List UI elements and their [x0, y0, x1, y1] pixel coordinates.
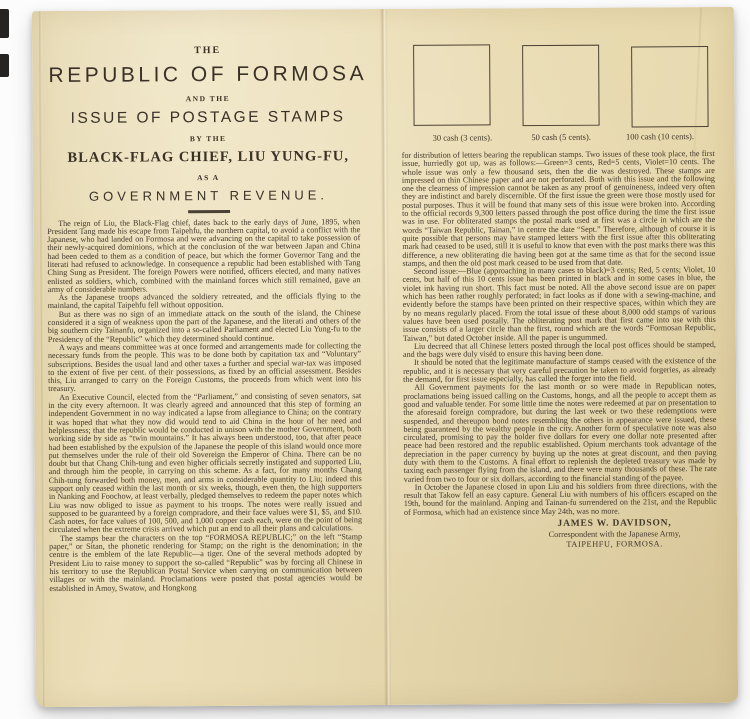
- title-the: THE: [32, 44, 383, 57]
- stamp-caption: 50 cash (5 cents).: [512, 132, 609, 143]
- stamp-box-100-cash: [631, 46, 708, 127]
- title-main: REPUBLIC OF FORMOSA: [32, 62, 383, 88]
- paragraph: for distribution of letters bearing the …: [402, 150, 716, 268]
- paragraph: In October the Japanese closed in upon L…: [404, 482, 717, 517]
- paragraph: It should be noted that the legitimate m…: [403, 357, 716, 384]
- title-chief: BLACK-FLAG CHIEF, LIU YUNG-FU,: [33, 148, 384, 167]
- title-as-a: AS A: [33, 172, 384, 183]
- left-page-text-column: The reign of Liu, the Black-Flag chief, …: [33, 218, 386, 593]
- signature-block: JAMES W. DAVIDSON, Correspondent with th…: [386, 518, 737, 550]
- title-and-the: AND THE: [32, 93, 383, 104]
- stamp-box-50-cash: [522, 45, 599, 126]
- title-issue: ISSUE OF POSTAGE STAMPS: [32, 108, 383, 128]
- paragraph: But as there was no sign of an immediate…: [48, 309, 361, 344]
- stamp-caption-row: 30 cash (3 cents). 50 cash (5 cents). 10…: [414, 131, 709, 143]
- right-page-text-column: for distribution of letters bearing the …: [384, 150, 737, 517]
- title-by-the: BY THE: [33, 133, 384, 144]
- pamphlet-spread: THE REPUBLIC OF FORMOSA AND THE ISSUE OF…: [32, 7, 738, 707]
- title-revenue: GOVERNMENT REVENUE.: [33, 187, 384, 204]
- stamp-box-30-cash: [413, 44, 490, 125]
- paragraph: Second issue:—Blue (approaching in many …: [402, 266, 715, 343]
- paragraph: A ways and means committee was at once f…: [48, 342, 361, 394]
- signature-place: TAIPEHFU, FORMOSA.: [498, 538, 731, 549]
- scan-edge-mark: [0, 54, 9, 77]
- paragraph: The reign of Liu, the Black-Flag chief, …: [47, 218, 360, 295]
- stamp-caption: 30 cash (3 cents).: [414, 132, 511, 143]
- paragraph: All Government payments for the last mon…: [403, 382, 717, 483]
- right-page: 30 cash (3 cents). 50 cash (5 cents). 10…: [383, 7, 738, 705]
- title-block: THE REPUBLIC OF FORMOSA AND THE ISSUE OF…: [32, 9, 384, 214]
- scanned-pamphlet-scene: THE REPUBLIC OF FORMOSA AND THE ISSUE OF…: [0, 0, 750, 719]
- stamp-box-row: [413, 43, 708, 126]
- stamp-specimen-area: 30 cash (3 cents). 50 cash (5 cents). 10…: [383, 7, 735, 143]
- paragraph: The stamps bear the characters on the to…: [49, 533, 362, 593]
- scan-edge-mark: [0, 9, 9, 38]
- title-divider-rule: [188, 210, 230, 213]
- stamp-caption: 100 cash (10 cents).: [611, 131, 708, 142]
- paragraph: An Executive Council, elected from the “…: [48, 392, 362, 535]
- left-page: THE REPUBLIC OF FORMOSA AND THE ISSUE OF…: [32, 9, 387, 707]
